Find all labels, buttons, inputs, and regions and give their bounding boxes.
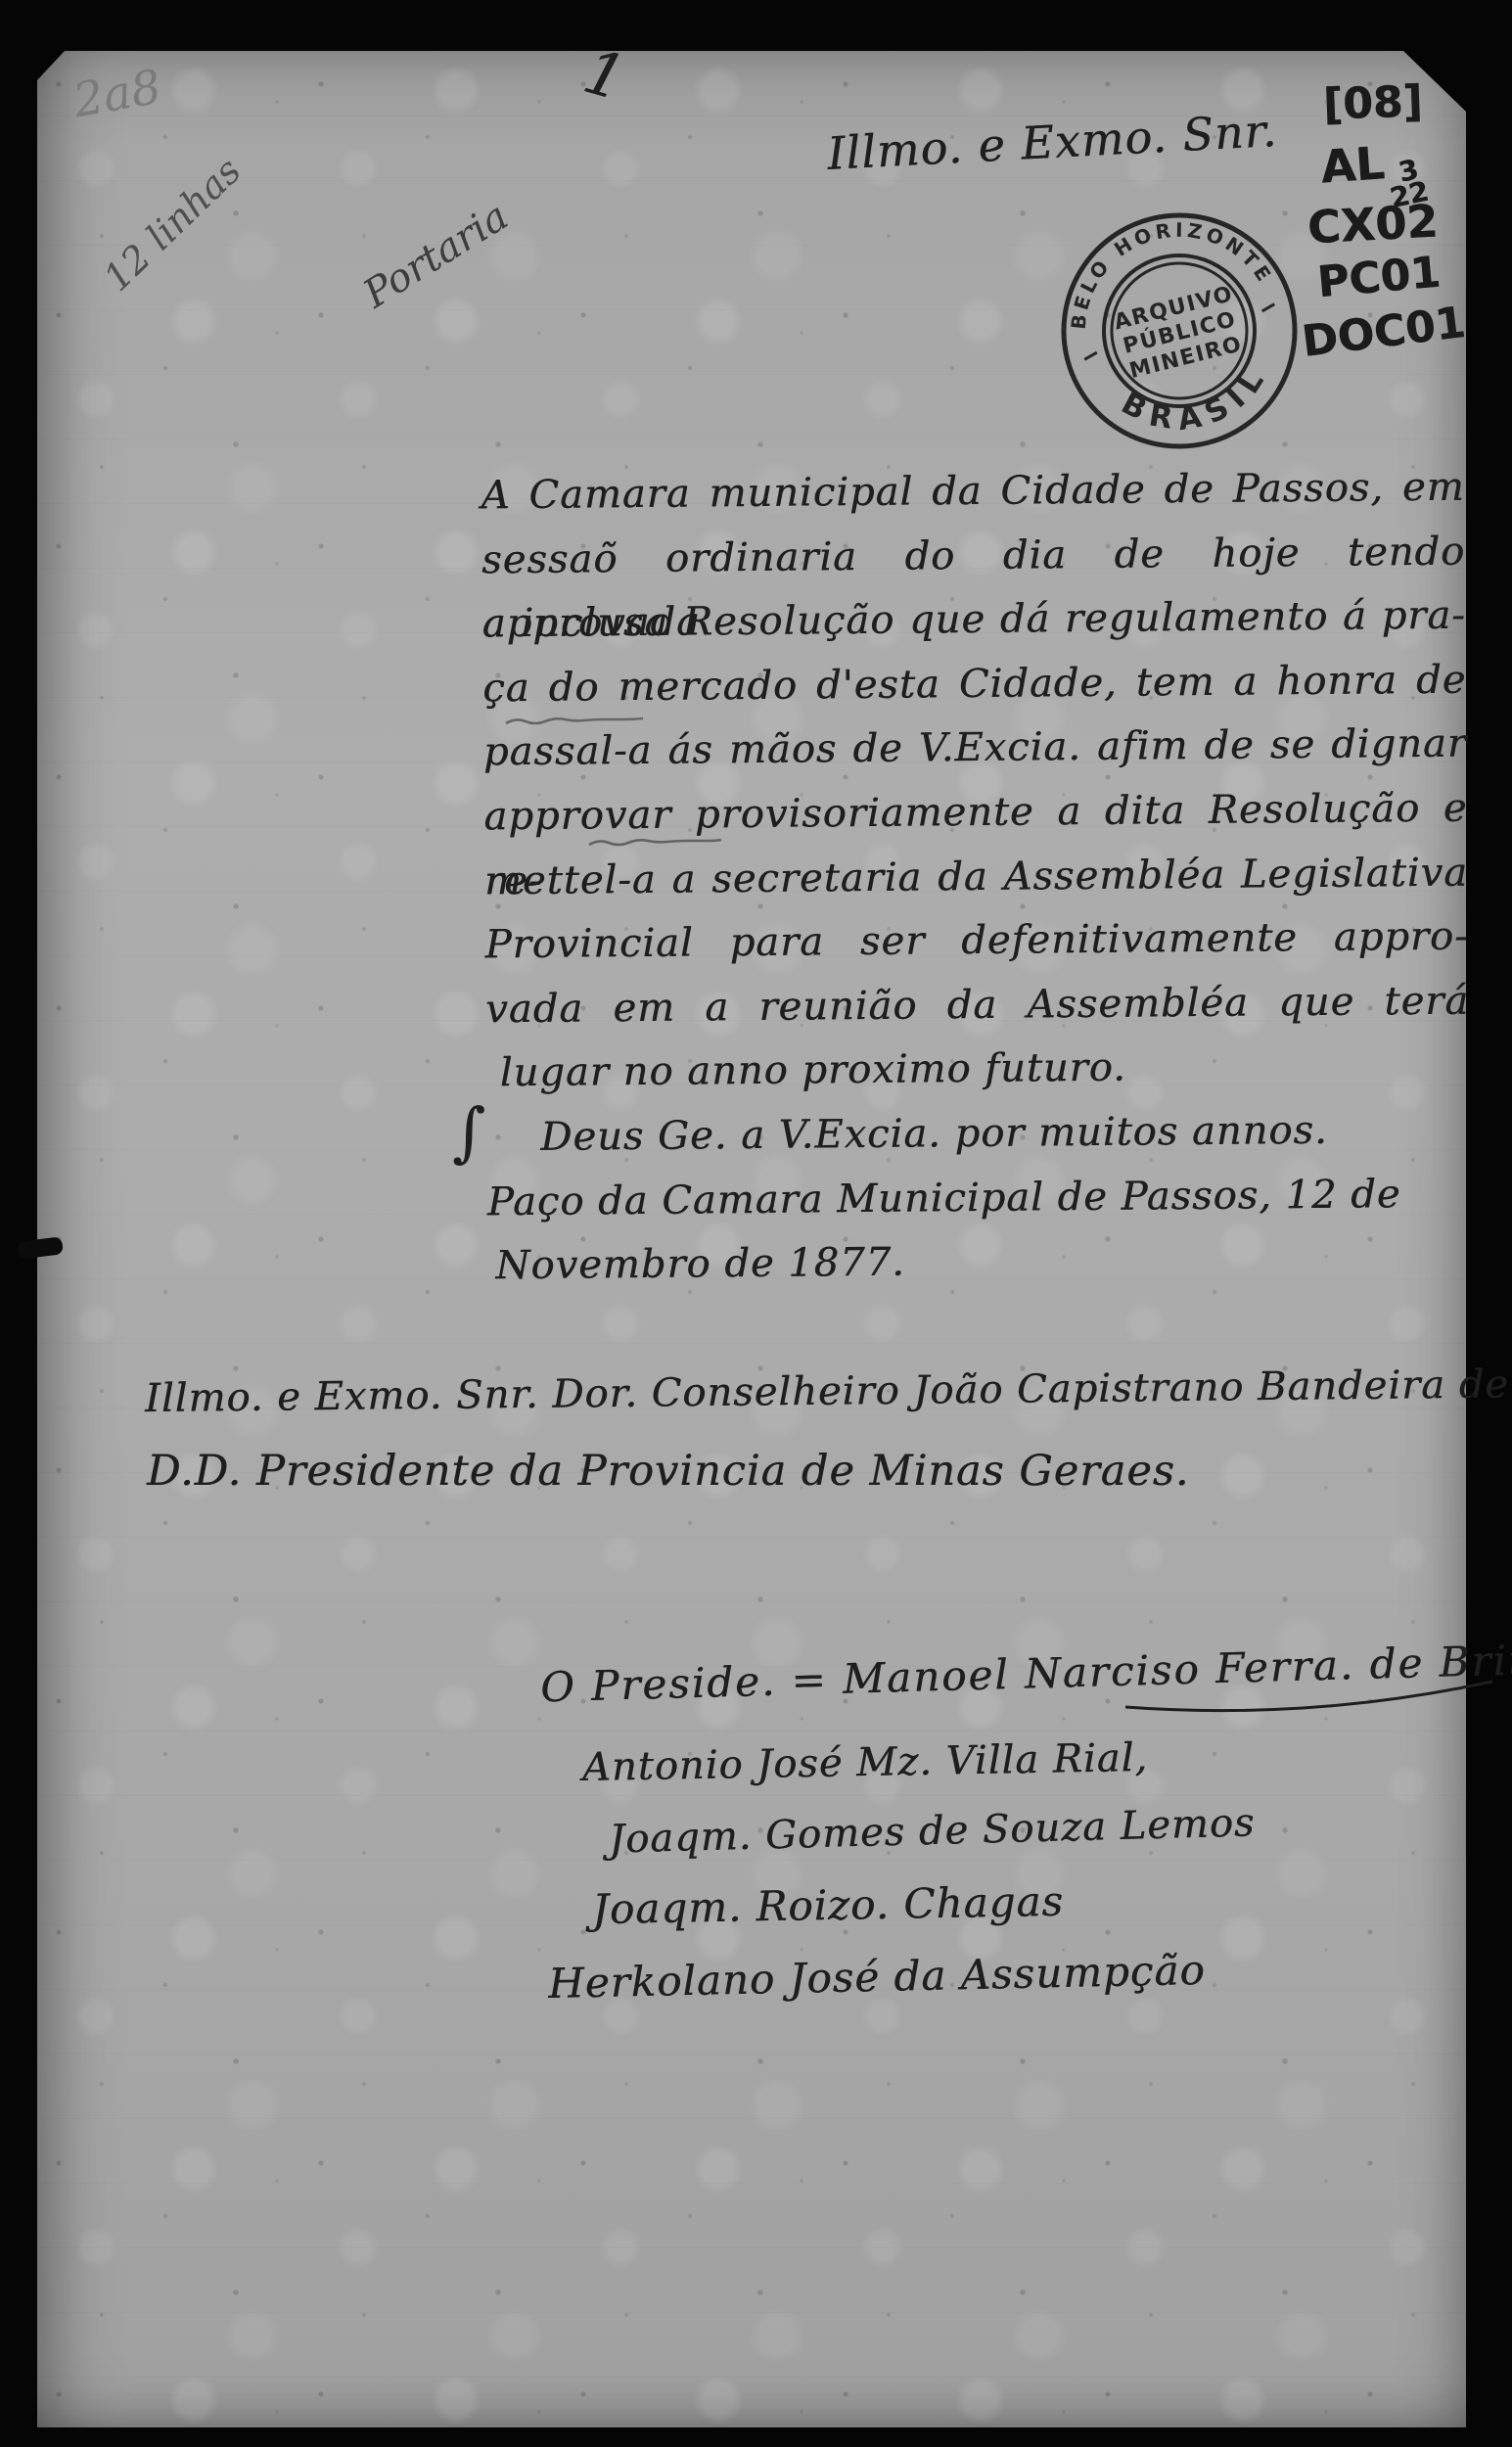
archive-code-box: CX02 bbox=[1306, 195, 1440, 254]
stamp-right-dash bbox=[1261, 304, 1276, 311]
archive-code-al-prefix: AL bbox=[1319, 136, 1387, 193]
body-line: vada em a reunião da Assembléa que terá bbox=[485, 969, 1470, 1041]
body-line: Paço da Camara Municipal de Passos, 12 d… bbox=[487, 1162, 1472, 1234]
letter-body: A Camara municipal da Cidade de Passos, … bbox=[481, 456, 1471, 1299]
stamp-left-dash bbox=[1083, 352, 1098, 359]
body-line: ça do mercado d'esta Cidade, tem a honra… bbox=[482, 648, 1467, 720]
body-line: Novembro de 1877. bbox=[487, 1226, 1472, 1299]
body-line: approvar provisoriamente a dita Resoluçã… bbox=[483, 777, 1468, 850]
addressee-line2: D.D. Presidente da Provincia de Minas Ge… bbox=[147, 1447, 1189, 1496]
body-line: A Camara municipal da Cidade de Passos, … bbox=[481, 456, 1465, 529]
body-line: Provincial para ser defenitivamente appr… bbox=[484, 905, 1469, 978]
body-line: mettel-a a secretaria da Assembléa Legis… bbox=[484, 841, 1469, 913]
body-line: sessaõ ordinaria do dia de hoje tendo ap… bbox=[481, 520, 1466, 592]
body-line: lugar no anno proximo futuro. bbox=[485, 1034, 1470, 1106]
body-line: a inclusa Resolução que dá regulamento á… bbox=[481, 584, 1466, 657]
archive-code-bracket: [08] bbox=[1322, 76, 1423, 130]
scanned-document: 2a8 12 linhas Portaria 1 Illmo. e Exmo. … bbox=[0, 0, 1512, 2447]
body-line: Deus Ge. a V.Excia. por muitos annos. bbox=[486, 1098, 1471, 1171]
body-line: passal-a ás mãos de V.Excia. afim de se … bbox=[483, 713, 1468, 785]
archive-code-folder: PC01 bbox=[1315, 248, 1443, 308]
signature-vereador-3: Joaqm. Roizo. Chagas bbox=[592, 1877, 1065, 1933]
ink-flourish: ∫ bbox=[452, 1094, 485, 1170]
